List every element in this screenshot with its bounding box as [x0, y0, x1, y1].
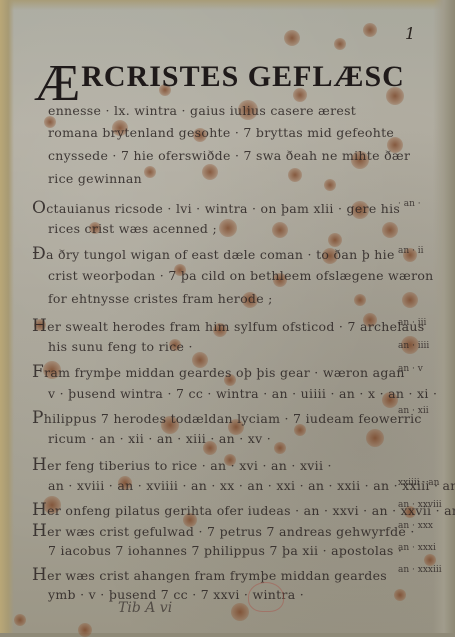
margin-annal-number: an · v — [398, 364, 423, 374]
foxing-spot — [284, 30, 300, 46]
margin-annal-number: an · xii — [398, 406, 429, 416]
line-initial: Ð — [32, 244, 46, 264]
line-text: for ehtnysse cristes fram herode ; — [48, 291, 273, 306]
heading-text: RCRISTES GEFLÆSC — [81, 60, 405, 93]
folio-number: 1 — [405, 24, 415, 43]
line-initial: H — [32, 455, 47, 475]
margin-annal-number: an · xxxi — [398, 543, 436, 553]
foxing-spot — [363, 23, 377, 37]
text-line: Her wæs crist ahangen fram frymþe middan… — [44, 565, 387, 585]
text-line: Octauianus ricsode · lvi · wintra · on þ… — [44, 198, 400, 218]
foxing-spot — [202, 164, 218, 180]
line-text: er swealt herodes fram him sylfum ofstic… — [47, 319, 424, 334]
text-line: crist weorþodan · 7 þa cild on bethleem … — [48, 268, 434, 283]
foxing-spot — [382, 222, 398, 238]
text-line: Her onfeng pilatus gerihta ofer iudeas ·… — [44, 500, 455, 520]
margin-annal-number: an · iii — [398, 318, 426, 328]
line-text: cnyssede · 7 hie oferswiðde · 7 swa ðeah… — [48, 148, 410, 163]
foxing-spot — [274, 442, 286, 454]
text-line: Fram frymþe middan geardes oþ þis gear ·… — [44, 362, 405, 382]
foxing-spot — [272, 222, 288, 238]
foxing-spot — [231, 603, 249, 621]
shelfmark: Tib A vi — [118, 600, 172, 616]
line-text: er onfeng pilatus gerihta ofer iudeas · … — [47, 503, 455, 518]
line-text: 7 iacobus 7 iohannes 7 philippus 7 þa xi… — [48, 543, 402, 558]
margin-annal-number: an · xxxiii — [398, 565, 442, 575]
line-initial: H — [32, 500, 47, 520]
line-text: er wæs crist ahangen fram frymþe middan … — [47, 568, 387, 583]
foxing-spot — [402, 292, 418, 308]
foxing-spot — [288, 168, 302, 182]
line-initial: H — [32, 565, 47, 585]
margin-annal-number: an · xxx — [398, 521, 433, 531]
line-text: ricum · an · xii · an · xiii · an · xv · — [48, 431, 271, 446]
line-text: an · xviii · an · xviiii · an · xx · an … — [48, 478, 455, 493]
text-line: Her wæs crist gefulwad · 7 petrus 7 andr… — [44, 521, 415, 541]
line-text: v · þusend wintra · 7 cc · wintra · an ·… — [48, 386, 437, 401]
text-line: ricum · an · xii · an · xiii · an · xv · — [48, 431, 271, 446]
line-initial: H — [32, 316, 47, 336]
text-line: Her feng tiberius to rice · an · xvi · a… — [44, 455, 332, 475]
line-initial: O — [32, 198, 46, 218]
page-edge-top — [0, 0, 455, 10]
line-text: crist weorþodan · 7 þa cild on bethleem … — [48, 268, 434, 283]
text-line: romana brytenland gesohte · 7 bryttas mi… — [48, 125, 394, 140]
line-text: er feng tiberius to rice · an · xvi · an… — [47, 458, 332, 473]
text-line: ennesse · lx. wintra · gaius iulius case… — [48, 103, 356, 118]
manuscript-leaf: 1 ÆRCRISTES GEFLÆSC ennesse · lx. wintra… — [0, 0, 455, 633]
text-line: v · þusend wintra · 7 cc · wintra · an ·… — [48, 386, 437, 401]
line-text: er wæs crist gefulwad · 7 petrus 7 andre… — [47, 524, 414, 539]
text-line: Philippus 7 herodes todældan lyciam · 7 … — [44, 408, 422, 428]
text-line: Her swealt herodes fram him sylfum ofsti… — [44, 316, 424, 336]
foxing-spot — [78, 623, 92, 633]
text-line: cnyssede · 7 hie oferswiðde · 7 swa ðeah… — [48, 148, 410, 163]
line-text: hilippus 7 herodes todældan lyciam · 7 i… — [44, 411, 422, 426]
page-edge-left — [0, 0, 14, 633]
foxing-spot — [366, 429, 384, 447]
line-text: ram frymþe middan geardes oþ þis gear · … — [44, 365, 405, 380]
line-text: a ðry tungol wigan of east dæle coman · … — [46, 247, 395, 262]
line-text: his sunu feng to rice · — [48, 339, 193, 354]
line-text: rice gewinnan — [48, 171, 142, 186]
text-line: rice gewinnan — [48, 171, 142, 186]
text-line: Ða ðry tungol wigan of east dæle coman ·… — [44, 244, 395, 264]
foxing-spot — [14, 614, 26, 626]
line-initial: H — [32, 521, 47, 541]
text-line: his sunu feng to rice · — [48, 339, 193, 354]
margin-annal-number: an · xxviii — [398, 500, 442, 510]
line-initial: F — [32, 362, 44, 382]
margin-annal-number: xxiiii · an — [398, 478, 439, 488]
line-initial: P — [32, 408, 44, 428]
foxing-spot — [144, 166, 156, 178]
text-line: an · xviii · an · xviiii · an · xx · an … — [48, 478, 455, 493]
text-line: rices crist wæs acenned ; — [48, 221, 217, 236]
line-text: rices crist wæs acenned ; — [48, 221, 217, 236]
foxing-spot — [334, 38, 346, 50]
foxing-spot — [354, 294, 366, 306]
page-edge-right — [433, 0, 455, 633]
line-text: romana brytenland gesohte · 7 bryttas mi… — [48, 125, 394, 140]
line-text: ennesse · lx. wintra · gaius iulius case… — [48, 103, 356, 118]
foxing-spot — [324, 179, 336, 191]
library-stamp — [248, 582, 284, 612]
margin-annal-number: · an · — [398, 199, 421, 209]
foxing-spot — [394, 589, 406, 601]
line-text: ctauianus ricsode · lvi · wintra · on þa… — [46, 201, 400, 216]
text-line: for ehtnysse cristes fram herode ; — [48, 291, 273, 306]
foxing-spot — [219, 219, 237, 237]
text-line: 7 iacobus 7 iohannes 7 philippus 7 þa xi… — [48, 543, 402, 558]
margin-annal-number: an · iiii — [398, 341, 429, 351]
margin-annal-number: an · ii — [398, 246, 424, 256]
